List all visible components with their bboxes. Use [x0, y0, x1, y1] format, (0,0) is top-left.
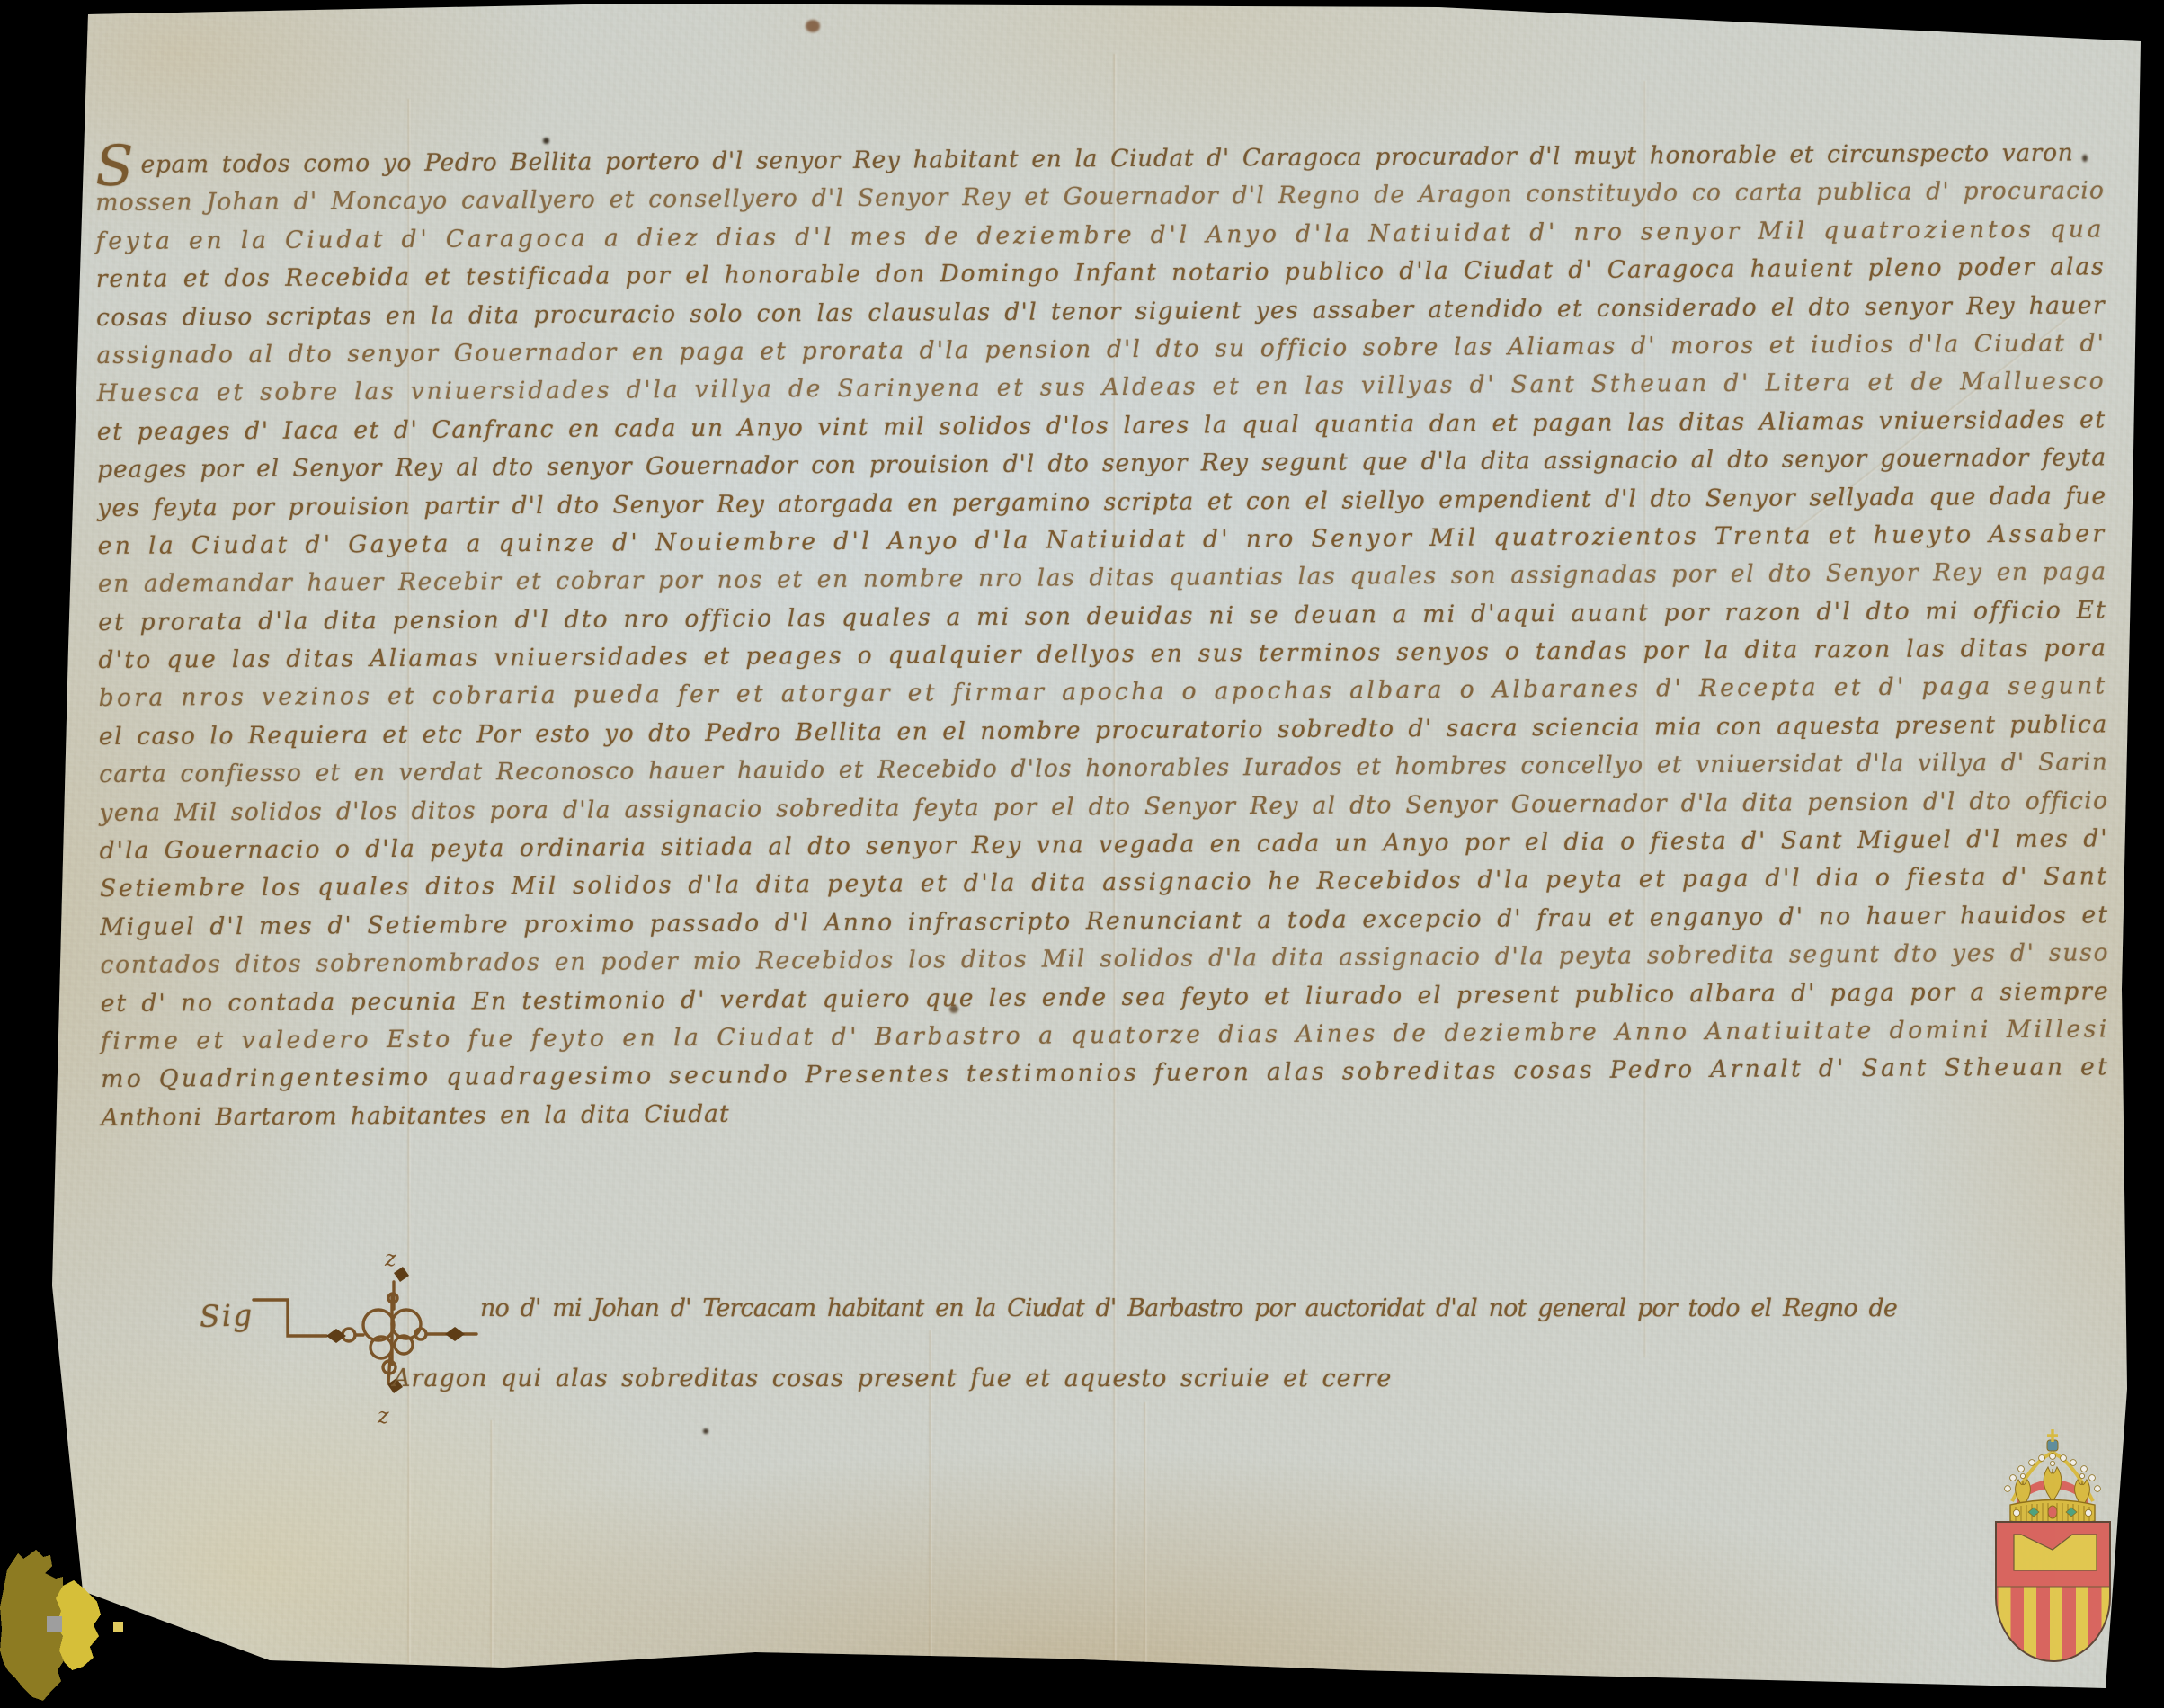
aragon-coat-of-arms-icon [1989, 1395, 2115, 1665]
subscription-text: no d' mi Johan d' Tercacam habitant en l… [480, 1294, 1897, 1322]
manuscript-line-text: epam todos como yo Pedro Bellita portero… [140, 139, 2073, 179]
illuminated-initial: S [95, 157, 134, 175]
subscription-line: Aragon qui alas sobreditas cosas present… [393, 1365, 1392, 1392]
map-corner-mark-icon [0, 1543, 135, 1708]
svg-text:z: z [384, 1246, 396, 1271]
parchment: Sepam todos como yo Pedro Bellita porter… [0, 0, 2164, 1708]
subscription-line: no d' mi Johan d' Tercacam habitant en l… [480, 1294, 1897, 1322]
crease-line [490, 1420, 494, 1672]
notary-signum-icon: z z [241, 1239, 484, 1432]
stain [543, 138, 549, 144]
manuscript-text: Sepam todos como yo Pedro Bellita porter… [95, 138, 2129, 1142]
subscription-text: Aragon qui alas sobreditas cosas present… [393, 1365, 1392, 1392]
crease-line [1144, 1402, 1147, 1672]
svg-text:z: z [377, 1403, 389, 1428]
scan-background: Sepam todos como yo Pedro Bellita porter… [0, 0, 2164, 1708]
stain [703, 1428, 708, 1434]
stain [806, 20, 820, 32]
manuscript-line-text: Anthoni Bartarom habitantes en la dita C… [101, 1099, 729, 1131]
